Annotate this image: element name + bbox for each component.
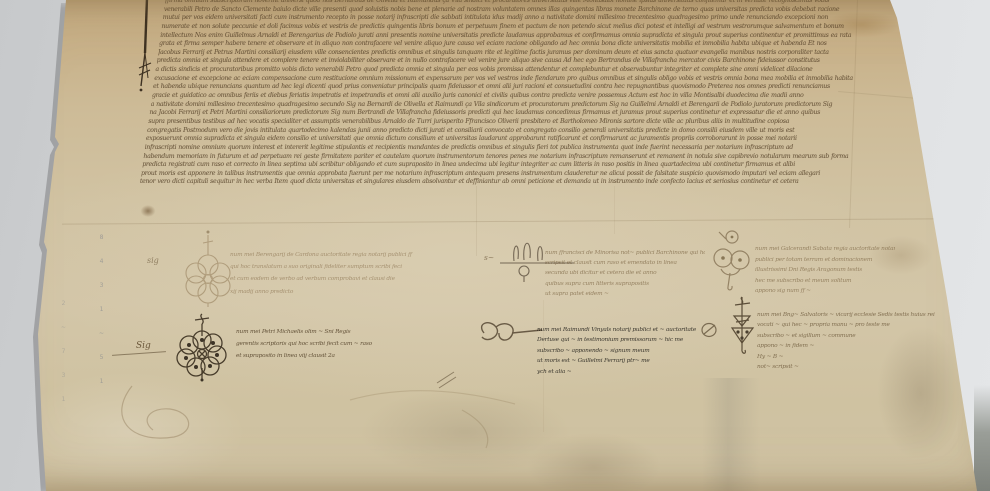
signature-text-line: num mei Petri Michaelis olim ~ Sni Regis xyxy=(236,326,428,338)
manuscript-text-line: mutui per vos eidem universitati facti c… xyxy=(163,14,853,23)
signature-text-line: num mei Bng~ Salvatoris ~ vicarij eccles… xyxy=(757,310,939,320)
manuscript-text-line: excusacione et excepcione ac eciam compe… xyxy=(154,75,881,84)
signature-block-r1c2: num ffrancisci de Minorisa not~ publici … xyxy=(545,248,705,299)
manuscript-text-line: predicta registrati cum raso et correcto… xyxy=(142,161,921,170)
manuscript-text-line: infrascripti nomine omnium quorum intere… xyxy=(145,144,913,153)
signature-text-line: vocati ~ qui hec ~ propria manu ~ pro te… xyxy=(757,320,939,330)
signature-block-r2c2: num mei Raimundi Vinyals notarij publici… xyxy=(537,325,699,377)
signature-text-line: hec me subscribo et meum solitum xyxy=(755,276,895,287)
manuscript-text-line: et habenda ubique renuncians quantum ad … xyxy=(153,83,885,92)
o-notarial-mark-icon xyxy=(700,321,720,339)
signature-text-line: appono sig num ff ~ xyxy=(755,286,895,297)
small-crease-2 xyxy=(614,186,615,234)
sig-label-r1c1: sig xyxy=(147,256,159,265)
manuscript-text-line: intellectum Nos enim Guillelmus Arnaldi … xyxy=(160,32,861,41)
manuscript-text-line: prout moris est apponere in talibus inst… xyxy=(141,170,925,179)
manuscript-text-line: exposuerunt omnia supradicta et singula … xyxy=(146,135,909,144)
photo-background: ffirma omnium subscriptorum noverint uni… xyxy=(0,0,990,491)
signature-text-line: illustrissimi Dni Regis Aragonum testis xyxy=(755,265,895,276)
small-crease-1 xyxy=(476,186,477,256)
sig-underline-r2c1 xyxy=(112,351,166,356)
signature-text-line: Hy ~ B ~ xyxy=(757,352,939,362)
signature-text-line: ut moris est ~ Guillelmi Ferrarij ptr~ m… xyxy=(537,356,699,366)
signature-text-line: quibus supra cum litteris suprapositis xyxy=(545,279,705,289)
manuscript-text-line: Jacobus Ferrarij et Petrus Martini consi… xyxy=(158,49,869,58)
circles-notarial-sign-icon xyxy=(706,227,754,293)
s-loop-notarial-sign-icon xyxy=(474,317,544,351)
manuscript-text-block: ffirma omnium subscriptorum noverint uni… xyxy=(165,0,845,187)
manuscript-text-line: venerabili Petro de Sancto Clemente baiu… xyxy=(164,6,849,15)
signature-text-line: subscribo ~ apponendo ~ signum meum xyxy=(537,346,699,356)
signature-block-r1c3: num mei Galcerandi Sabata regia auctorit… xyxy=(755,244,895,297)
signature-text-line: ych et alia ~ xyxy=(537,367,699,377)
bottom-gray-streak xyxy=(702,378,760,491)
horizontal-fold-crease xyxy=(62,218,934,225)
signature-text-line: Dertuse qui ~ in testimonium premissorum… xyxy=(537,335,699,345)
signature-text-line: num mei Berengarij de Cardona auctoritat… xyxy=(230,249,430,261)
manuscript-text-line: predicta omnia et singula attendere et c… xyxy=(157,57,873,66)
signature-text-line: num mei Raimundi Vinyals notarij publici… xyxy=(537,325,699,335)
pencil-marginalia-b: 2 ~ 7 3 1 xyxy=(60,300,67,472)
signature-text-line: gerentis scriptoris qui hoc scribi fecit… xyxy=(236,338,428,350)
signature-text-line: publici per totam terram et dominacionem xyxy=(755,255,895,266)
signature-text-line: not~ scripsit ~ xyxy=(757,362,939,372)
signature-text-line: secunda ubi dicitur et cetera die et ann… xyxy=(545,268,705,278)
manuscript-text-line: gracie et guidatico ac omnibus feriis et… xyxy=(152,92,889,101)
signature-block-r2c3: num mei Bng~ Salvatoris ~ vicarij eccles… xyxy=(757,310,939,372)
signature-text-line: subscribo ~ et sigillum ~ commune xyxy=(757,331,939,341)
signature-block-r1c1: num mei Berengarij de Cardona auctoritat… xyxy=(230,249,430,298)
parchment-sheet: ffirma omnium subscriptorum noverint uni… xyxy=(0,0,990,491)
manuscript-text-line: supra presentibus testibus ad hec vocati… xyxy=(148,118,901,127)
signature-text-line: qui hoc translatum a suo originali fidel… xyxy=(230,261,430,273)
signature-text-line: appono ~ in fidem ~ xyxy=(757,341,939,351)
manuscript-text-line: a dictis sindicis et procuratoribus prom… xyxy=(155,66,877,75)
manuscript-text-line: habendum memoriam in futurum et ad perpe… xyxy=(143,153,917,162)
signature-text-line: xij madij anno predicto xyxy=(230,286,430,298)
table-edge-strip xyxy=(974,385,990,491)
signature-block-r2c1: num mei Petri Michaelis olim ~ Sni Regis… xyxy=(236,326,428,362)
sig-label-r1c2: s~ xyxy=(484,253,494,262)
manuscript-text-line: grata et firma semper habere tenere et o… xyxy=(159,40,865,49)
signature-text-line: num ffrancisci de Minorisa not~ publici … xyxy=(545,248,705,258)
signature-text-line: et cum eodem de verbo ad verbum comproba… xyxy=(230,273,430,285)
sig-label-r2c1: Sig xyxy=(136,341,151,351)
manuscript-text-line: tenor vero dicti capituli sequitur in he… xyxy=(140,178,929,187)
manuscript-text-line: numerate et non solute peccunie et doli … xyxy=(161,23,857,32)
manuscript-text-line: na Jacobi Ferrarij et Petri Martini cons… xyxy=(149,109,897,118)
signature-text-line: num mei Galcerandi Sabata regia auctorit… xyxy=(755,244,895,255)
signature-text-line: ut supra patet eidem ~ xyxy=(545,289,705,299)
manuscript-text-line: a nativitate domini millesimo trecentesi… xyxy=(151,101,893,110)
signature-text-line: scripsit et clausit cum raso et emendato… xyxy=(545,258,705,268)
manuscript-text-line: congregatis Postmodum vero die jovis int… xyxy=(147,127,905,136)
flourish-curves-icon xyxy=(100,358,520,458)
